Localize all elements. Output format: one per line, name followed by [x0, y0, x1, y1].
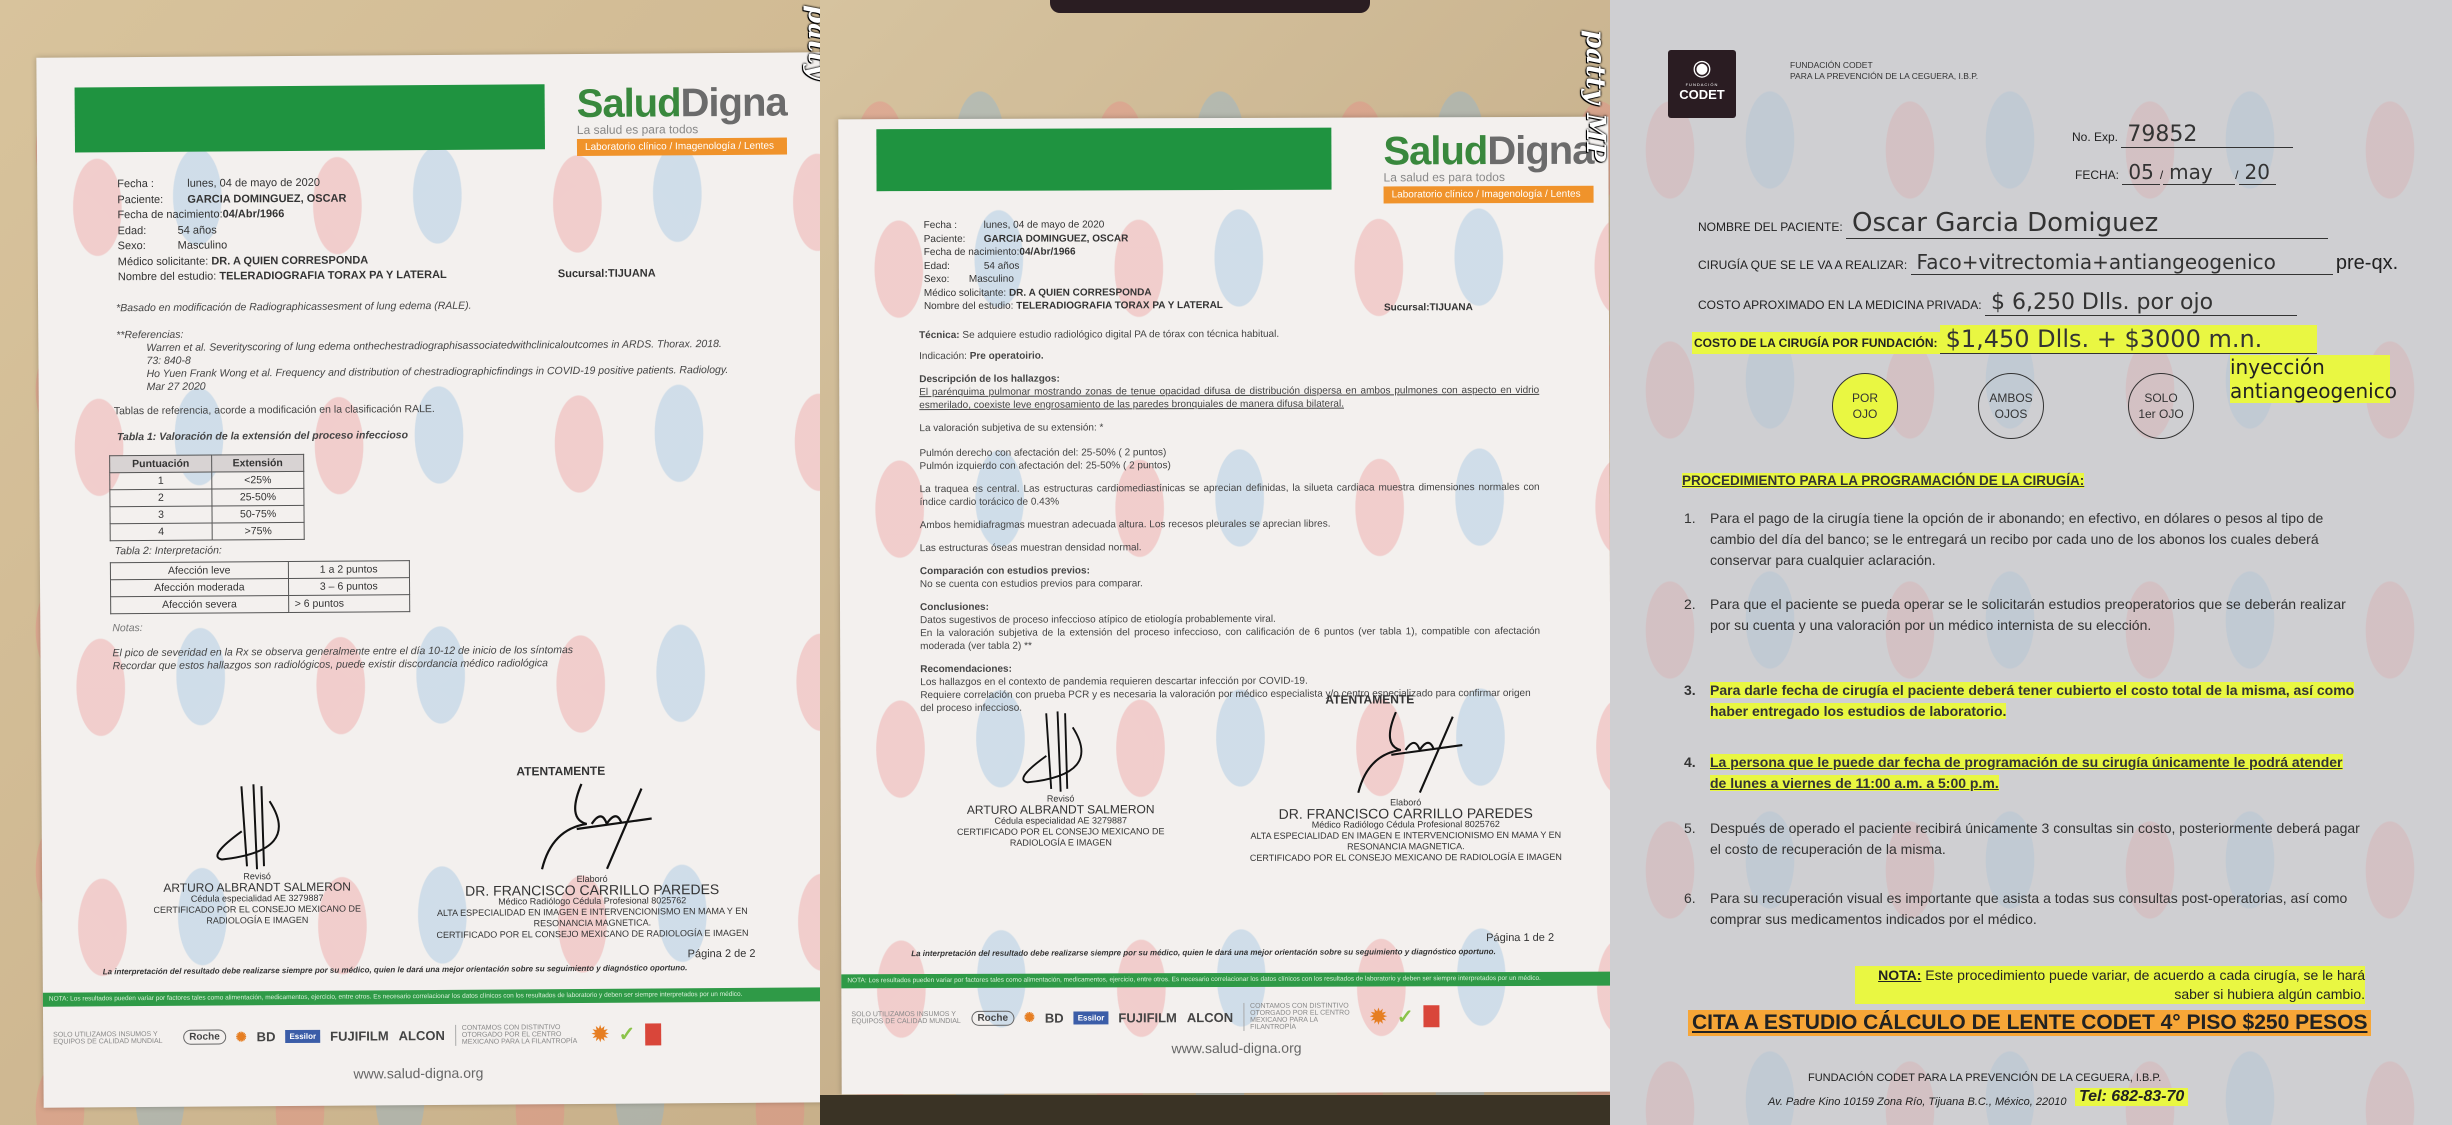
bd-logo: BD — [257, 1029, 276, 1044]
table-row: Afección moderada3 – 6 puntos — [110, 578, 409, 597]
step-5: 5.Después de operado el paciente recibir… — [1710, 818, 2360, 860]
footer-address: Av. Padre Kino 10159 Zona Río, Tijuana B… — [1768, 1096, 2067, 1108]
bd-logo: BD — [1045, 1010, 1064, 1025]
step-3: 3.Para darle fecha de cirugía el pacient… — [1710, 680, 2360, 722]
document-page-1: SaludDigna La salud es para todos Labora… — [838, 117, 1610, 1095]
codet-logo: ◉ FUNDACIÓN CODET — [1668, 50, 1736, 118]
sucursal: Sucursal:TIJUANA — [558, 266, 656, 282]
signature-icon — [201, 781, 312, 872]
procedure-title: PROCEDIMIENTO PARA LA PROGRAMACIÓN DE LA… — [1682, 473, 2084, 488]
partner-logos: SOLO UTILIZAMOS INSUMOS Y EQUIPOS DE CAL… — [53, 1021, 661, 1050]
essilor-logo: Essilor — [1074, 1011, 1109, 1024]
table1-title: Tabla 1: Valoración de la extensión del … — [117, 429, 408, 444]
disclaimer: La interpretación del resultado debe rea… — [911, 947, 1496, 958]
foundation-cost-field: COSTO DE LA CIRUGÍA POR FUNDACIÓN:$1,450… — [1692, 325, 2317, 354]
table-row: Afección severa> 6 puntos — [111, 595, 410, 614]
disclaimer: La interpretación del resultado debe rea… — [103, 963, 688, 976]
step-1: 1.Para el pago de la cirugía tiene la op… — [1710, 508, 2360, 571]
signature-icon — [1005, 708, 1115, 793]
signature-reviso: Revisó ARTURO ALBRANDT SALMERON Cédula e… — [126, 780, 387, 927]
references: **Referencias: Warren et al. Severitysco… — [116, 325, 736, 394]
step-2: 2.Para que el paciente se pueda operar s… — [1710, 594, 2360, 636]
table-interpretation: Afección leve1 a 2 puntos Afección moder… — [110, 560, 410, 614]
table-extension: PuntuaciónExtensión 1<25% 225-50% 350-75… — [109, 454, 305, 541]
private-cost-field: COSTO APROXIMADO EN LA MEDICINA PRIVADA:… — [1698, 290, 2297, 316]
roche-logo: Roche — [183, 1029, 226, 1044]
alcon-logo: ALCON — [399, 1028, 445, 1043]
salud-digna-logo: SaludDigna La salud es para todos Labora… — [577, 81, 788, 156]
salud-digna-logo: SaludDigna La salud es para todos Labora… — [1383, 129, 1593, 204]
signature-icon — [521, 778, 662, 874]
atentamente: ATENTAMENTE — [516, 764, 605, 779]
table-edge — [820, 1095, 1610, 1125]
photo-panel-middle: SaludDigna La salud es para todos Labora… — [820, 0, 1610, 1125]
tables-intro: Tablas de referencia, acorde a modificac… — [114, 403, 435, 418]
watermark-text: patty MP — [1580, 30, 1610, 162]
notes-title: Notas: — [112, 622, 142, 635]
table2-title: Tabla 2: Interpretación: — [115, 544, 222, 558]
signature-icon — [1335, 707, 1475, 797]
step-6: 6.Para su recuperación visual es importa… — [1710, 888, 2360, 930]
patient-name-field: NOMBRE DEL PACIENTE: Oscar Garcia Domigu… — [1698, 208, 2328, 239]
lens-study-appointment: CITA A ESTUDIO CÁLCULO DE LENTE CODET 4°… — [1688, 1010, 2371, 1036]
photo-panel-left: SaludDigna La salud es para todos Labora… — [0, 0, 820, 1125]
table-row: 350-75% — [110, 505, 304, 523]
option-solo-1er-ojo[interactable]: SOLO 1er OJO — [2128, 373, 2194, 439]
step-4: 4.La persona que le puede dar fecha de p… — [1710, 752, 2360, 794]
fecha-field: FECHA: 05/may/20 — [2075, 160, 2276, 185]
atentamente: ATENTAMENTE — [1325, 692, 1414, 706]
document-page-2: SaludDigna La salud es para todos Labora… — [36, 52, 820, 1107]
header-banner — [75, 84, 545, 152]
signature-reviso: Revisó ARTURO ALBRANDT SALMERON Cédula e… — [930, 708, 1190, 849]
sucursal: Sucursal:TIJUANA — [1384, 300, 1473, 316]
table-row: 4>75% — [110, 522, 304, 540]
website: www.salud-digna.org — [1172, 1040, 1302, 1056]
notes: El pico de severidad en la Rx se observa… — [112, 643, 672, 673]
alcon-logo: ALCON — [1187, 1009, 1233, 1024]
injection-note: inyección antiangeogenico — [2230, 355, 2390, 403]
dark-object — [1050, 0, 1370, 13]
report-body: Técnica: Se adquiere estudio radiológico… — [919, 327, 1540, 715]
option-ambos-ojos[interactable]: AMBOS OJOS — [1978, 373, 2044, 439]
nota: NOTA: Este procedimiento puede variar, d… — [1855, 966, 2365, 1004]
footer-note: NOTA: Los resultados pueden variar por f… — [43, 987, 820, 1007]
website: www.salud-digna.org — [353, 1065, 483, 1082]
patient-info: Fecha :lunes, 04 de mayo de 2020 Pacient… — [924, 218, 1223, 314]
surgery-field: CIRUGÍA QUE SE LE VA A REALIZAR: Faco+vi… — [1698, 250, 2398, 275]
table-row: Afección leve1 a 2 puntos — [110, 561, 409, 580]
patient-info: Fecha :lunes, 04 de mayo de 2020 Pacient… — [117, 175, 447, 286]
signature-elaboro: Elaboró DR. FRANCISCO CARRILLO PAREDES M… — [1240, 707, 1571, 864]
fujifilm-logo: FUJIFILM — [1118, 1010, 1177, 1025]
fujifilm-logo: FUJIFILM — [330, 1028, 389, 1043]
page-number: Página 2 de 2 — [688, 948, 756, 960]
note-basis: *Basado en modificación de Radiographica… — [116, 300, 472, 315]
essilor-logo: Essilor — [285, 1030, 320, 1043]
watermark-text: patty — [802, 5, 820, 79]
header-banner — [876, 128, 1331, 192]
table-row: 225-50% — [110, 488, 304, 506]
roche-logo: Roche — [971, 1010, 1014, 1025]
footer-note: NOTA: Los resultados pueden variar por f… — [841, 972, 1610, 989]
signature-elaboro: Elaboró DR. FRANCISCO CARRILLO PAREDES M… — [426, 778, 757, 941]
option-por-ojo[interactable]: POR OJO — [1832, 373, 1898, 439]
codet-org-header: FUNDACIÓN CODET PARA LA PREVENCIÓN DE LA… — [1790, 60, 1978, 82]
footer-org: FUNDACIÓN CODET PARA LA PREVENCIÓN DE LA… — [1808, 1072, 2161, 1084]
page-number: Página 1 de 2 — [1486, 932, 1554, 944]
no-exp-field: No. Exp. 79852 — [2072, 122, 2293, 148]
eye-icon: ◉ — [1668, 54, 1736, 82]
table-row: 1<25% — [110, 471, 304, 489]
partner-logos: SOLO UTILIZAMOS INSUMOS Y EQUIPOS DE CAL… — [851, 1002, 1439, 1032]
footer-tel: Tel: 682-83-70 — [2075, 1088, 2188, 1106]
